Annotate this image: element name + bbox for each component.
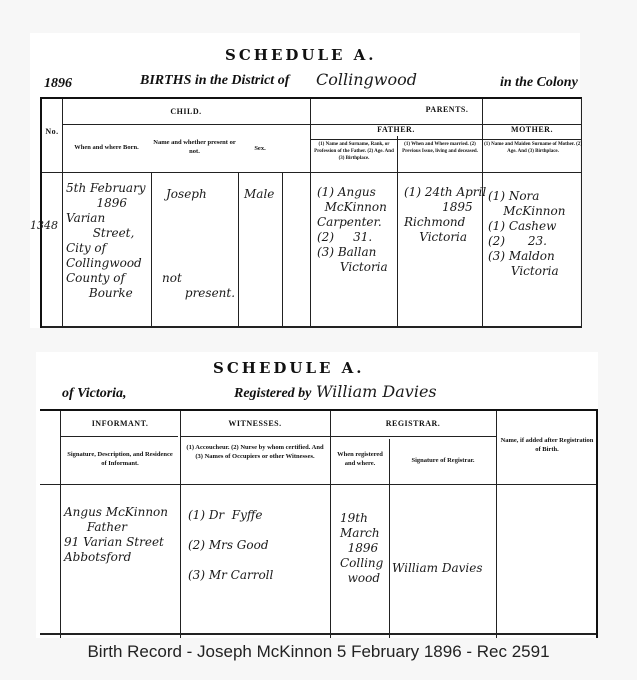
entry-mother: (1) Nora McKinnon (1) Cashew (2) 23. (3)… bbox=[488, 189, 565, 279]
child-header: CHILD. bbox=[62, 107, 310, 118]
col-marriage: (1) When and Where married. (2) Previous… bbox=[399, 142, 481, 156]
registered-by-label: Registered by bbox=[234, 386, 311, 402]
entry-witnesses: (1) Dr Fyffe (2) Mrs Good (3) Mr Carroll bbox=[188, 508, 273, 583]
father-header: FATHER. bbox=[310, 125, 482, 136]
col-name-added: Name, if added after Registration of Bir… bbox=[498, 437, 596, 455]
col-when-registered: When registered and where. bbox=[332, 451, 388, 469]
entry-father: (1) Angus McKinnon Carpenter. (2) 31. (3… bbox=[317, 185, 388, 275]
entry-when-registered: 19th March 1896 Colling wood bbox=[340, 511, 383, 586]
col-name-present: Name and whether present or not. bbox=[151, 139, 238, 157]
informant-header: INFORMANT. bbox=[60, 419, 180, 430]
col-no-header: No. bbox=[42, 127, 62, 138]
col-mother-details: (1) Name and Maiden Surname of Mother. (… bbox=[484, 142, 582, 156]
registrar-name: William Davies bbox=[316, 382, 437, 402]
births-district-label: BIRTHS in the District of bbox=[140, 73, 289, 89]
entry-child-name: Joseph bbox=[166, 187, 207, 202]
registrar-header: REGISTRAR. bbox=[330, 419, 496, 430]
schedule-title: SCHEDULE A. bbox=[225, 46, 377, 64]
col-when-where-born: When and where Born. bbox=[62, 144, 151, 153]
col-sex: Sex. bbox=[238, 145, 282, 154]
colony-label: in the Colony bbox=[500, 75, 578, 91]
entry-sex: Male bbox=[244, 187, 274, 202]
colony-name: of Victoria, bbox=[62, 386, 127, 402]
mother-header: MOTHER. bbox=[482, 125, 582, 136]
entry-present: not present. bbox=[162, 271, 235, 301]
births-table: No. CHILD. When and where Born. Name and… bbox=[40, 97, 582, 328]
registration-table: INFORMANT. Signature, Description, and R… bbox=[40, 409, 598, 638]
col-informant-details: Signature, Description, and Residence of… bbox=[66, 451, 174, 469]
register-year: 1896 bbox=[44, 76, 72, 92]
entry-number: 1348 bbox=[30, 219, 58, 233]
schedule-title-bottom: SCHEDULE A. bbox=[213, 359, 365, 377]
register-top-page: SCHEDULE A. 1896 BIRTHS in the District … bbox=[30, 33, 580, 328]
col-witnesses-details: (1) Accoucheur. (2) Nurse by whom certif… bbox=[184, 444, 326, 462]
district-name: Collingwood bbox=[316, 70, 417, 90]
col-registrar-signature: Signature of Registrar. bbox=[390, 457, 496, 466]
parents-header: PARENTS. bbox=[310, 105, 584, 116]
record-caption: Birth Record - Joseph McKinnon 5 Februar… bbox=[0, 642, 637, 662]
register-bottom-page: SCHEDULE A. of Victoria, Registered by W… bbox=[36, 352, 598, 638]
witnesses-header: WITNESSES. bbox=[180, 419, 330, 430]
entry-informant: Angus McKinnon Father 91 Varian Street A… bbox=[64, 505, 168, 565]
entry-marriage: (1) 24th April 1895 Richmond Victoria bbox=[404, 185, 486, 245]
entry-when-where-born: 5th February 1896 Varian Street, City of… bbox=[66, 181, 146, 301]
entry-registrar-signature: William Davies bbox=[392, 561, 482, 576]
col-father-details: (1) Name and Surname, Rank, or Professio… bbox=[312, 142, 396, 162]
